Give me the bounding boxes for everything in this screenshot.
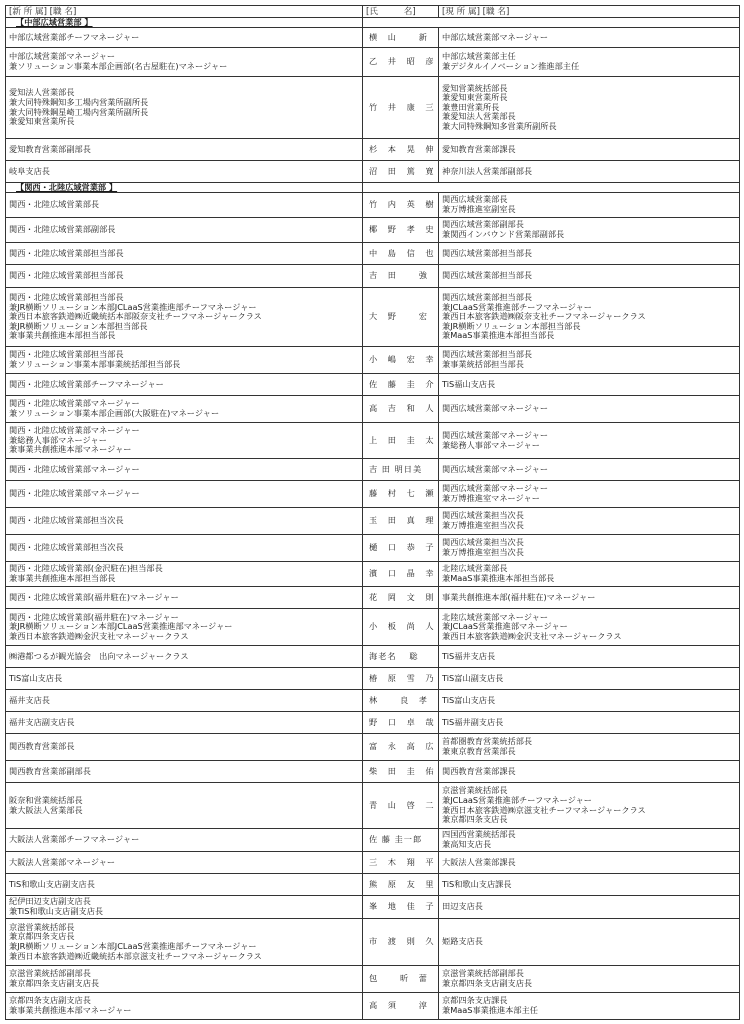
new-position-cell: 大阪法人営業部マネージャー (6, 852, 363, 874)
current-position-cell: 中部広域営業部マネージャー (439, 28, 740, 48)
new-position-cell: 関西・北陸広域営業部担当次長 (6, 508, 363, 535)
new-position-cell: 関西・北陸広域営業部マネージャー (6, 459, 363, 481)
current-position-cell: 関西広域営業部副部長 兼関西インバウンド営業部副部長 (439, 218, 740, 243)
new-position-cell: 関西・北陸広域営業部(金沢駐在)担当部長 兼事業共創推進本部担当部長 (6, 562, 363, 587)
new-position-cell: 関西・北陸広域営業部(福井駐在)マネージャー 兼JR横断ソリューション本部JCL… (6, 609, 363, 646)
new-position-cell: 中部広域営業部チーフマネージャー (6, 28, 363, 48)
table-row: 関西教育営業部長富 永 高 広首都圏教育営業統括部長 兼東京教育営業部長 (6, 734, 740, 761)
table-row: 関西・北陸広域営業部担当部長吉 田 強関西広域営業部担当部長 (6, 265, 740, 288)
table-row: ㈱港都つるが観光協会 出向マネージャークラス海老名 聡TiS福井支店長 (6, 646, 740, 668)
current-position-cell: 関西広域営業部マネージャー (439, 459, 740, 481)
person-name-cell: 市 渡 則 久 (363, 919, 439, 966)
new-position-cell: 阪奈和営業統括部長 兼大阪法人営業部長 (6, 783, 363, 829)
new-position-cell: 岐阜支店長 (6, 161, 363, 183)
table-row: 関西・北陸広域営業部マネージャー 兼ソリューション事業本部企画部(大阪駐在)マネ… (6, 396, 740, 423)
current-position-cell: TiS富山副支店長 (439, 668, 740, 690)
table-row: 関西・北陸広域営業部(金沢駐在)担当部長 兼事業共創推進本部担当部長濱 口 晶 … (6, 562, 740, 587)
person-name-cell: 柴 田 圭 佑 (363, 761, 439, 783)
table-row: 福井支店長林 良 孝TiS富山支店長 (6, 690, 740, 712)
new-position-cell: 関西・北陸広域営業部チーフマネージャー (6, 374, 363, 396)
table-row: 京都四条支店副支店長 兼事業共創推進本部マネージャー高 須 淳京都四条支店課長 … (6, 993, 740, 1020)
new-position-cell: 関西・北陸広域営業部担当部長 兼ソリューション事業本部事業統括部担当部長 (6, 347, 363, 374)
person-name-cell: 野 口 卓 哉 (363, 712, 439, 734)
current-position-cell: 関西広域営業部担当部長 兼事業統括部担当部長 (439, 347, 740, 374)
new-position-cell: 関西教育営業部長 (6, 734, 363, 761)
current-position-cell: TiS福山支店長 (439, 374, 740, 396)
section-title-cell: 【中部広域営業部 】 (6, 18, 363, 28)
current-position-cell: 京都四条支店課長 兼MaaS事業推進本部主任 (439, 993, 740, 1020)
current-position-cell: 関西広域営業部マネージャー 兼総務人事部マネージャー (439, 423, 740, 459)
person-name-cell: 小 板 尚 人 (363, 609, 439, 646)
person-name-cell: 沼 田 篤 寛 (363, 161, 439, 183)
current-position-cell: 愛知営業統括部長 兼愛知東営業所長 兼豊田営業所長 兼愛知法人営業部長 兼大同特… (439, 77, 740, 139)
current-position-cell: 田辺支店長 (439, 896, 740, 919)
table-row: 中部広域営業部マネージャー 兼ソリューション事業本部企画部(名古屋駐在)マネージ… (6, 48, 740, 77)
table-row: 関西・北陸広域営業部チーフマネージャー佐 藤 圭 介TiS福山支店長 (6, 374, 740, 396)
new-position-cell: 関西・北陸広域営業部担当部長 兼JR横断ソリューション本部JCLaaS営業推進部… (6, 288, 363, 347)
current-position-cell: 京滋営業統括部長 兼JCLaaS営業推進部チーフマネージャー 兼西日本旅客鉄道㈱… (439, 783, 740, 829)
new-position-cell: 福井支店長 (6, 690, 363, 712)
table-row: 関西・北陸広域営業部(福井駐在)マネージャー花 岡 文 則事業共創推進本部(福井… (6, 587, 740, 609)
new-position-cell: 大阪法人営業部チーフマネージャー (6, 829, 363, 852)
current-position-cell: 愛知教育営業部課長 (439, 139, 740, 161)
current-position-cell: 京滋営業統括部副部長 兼京都四条支店副支店長 (439, 966, 740, 993)
current-position-cell: 事業共創推進本部(福井駐在)マネージャー (439, 587, 740, 609)
person-name-cell: 富 永 高 広 (363, 734, 439, 761)
person-name-cell: 大 野 宏 (363, 288, 439, 347)
header-row: [新 所 属] [職 名] [氏 名] [現 所 属] [職 名] (6, 6, 740, 18)
table-row: 関西・北陸広域営業部副部長椰 野 孝 史関西広域営業部副部長 兼関西インバウンド… (6, 218, 740, 243)
table-row: 関西・北陸広域営業部長竹 内 英 樹関西広域営業部長 兼万博推進室副室長 (6, 193, 740, 218)
table-row: 岐阜支店長沼 田 篤 寛神奈川法人営業部副部長 (6, 161, 740, 183)
section-title-cell: 【関西・北陸広域営業部 】 (6, 183, 363, 193)
section-empty-cell (363, 18, 740, 28)
section-title: 【中部広域営業部 】 (16, 18, 93, 28)
person-name-cell: 乙 井 昭 彦 (363, 48, 439, 77)
person-name-cell: 花 岡 文 則 (363, 587, 439, 609)
current-position-cell: 四国西営業統括部長 兼高知支店長 (439, 829, 740, 852)
current-position-cell: 関西広域営業担当次長 兼万博推進室担当次長 (439, 508, 740, 535)
current-position-cell: 関西教育営業部課長 (439, 761, 740, 783)
person-name-cell: 小 嶋 宏 幸 (363, 347, 439, 374)
new-position-cell: 関西・北陸広域営業部担当部長 (6, 243, 363, 265)
section-empty-cell (363, 183, 740, 193)
person-name-cell: 椰 野 孝 史 (363, 218, 439, 243)
table-row: 大阪法人営業部チーフマネージャー佐 藤 圭一郎四国西営業統括部長 兼高知支店長 (6, 829, 740, 852)
table-row: 紀伊田辺支店副支店長 兼TiS和歌山支店副支店長峯 地 佳 子田辺支店長 (6, 896, 740, 919)
new-position-cell: TiS和歌山支店副支店長 (6, 874, 363, 896)
person-name-cell: 中 島 信 也 (363, 243, 439, 265)
person-name-cell: 三 木 翔 平 (363, 852, 439, 874)
personnel-roster-table: [新 所 属] [職 名] [氏 名] [現 所 属] [職 名] 【中部広域営… (5, 5, 740, 1020)
current-position-cell: 関西広域営業部担当部長 兼JCLaaS営業推進部チーフマネージャー 兼西日本旅客… (439, 288, 740, 347)
person-name-cell: 樋 口 恭 子 (363, 535, 439, 562)
table-row: 阪奈和営業統括部長 兼大阪法人営業部長青 山 啓 二京滋営業統括部長 兼JCLa… (6, 783, 740, 829)
table-row: 福井支店副支店長野 口 卓 哉TiS福井副支店長 (6, 712, 740, 734)
person-name-cell: 青 山 啓 二 (363, 783, 439, 829)
person-name-cell: 佐 藤 圭 介 (363, 374, 439, 396)
new-position-cell: 京都四条支店副支店長 兼事業共創推進本部マネージャー (6, 993, 363, 1020)
table-row: TiS富山支店長椿 原 雪 乃TiS富山副支店長 (6, 668, 740, 690)
person-name-cell: 林 良 孝 (363, 690, 439, 712)
header-new-position: [新 所 属] [職 名] (6, 6, 363, 18)
new-position-cell: 関西・北陸広域営業部長 (6, 193, 363, 218)
table-row: 関西・北陸広域営業部マネージャー藤 村 七 瀬関西広域営業部マネージャー 兼万博… (6, 481, 740, 508)
new-position-cell: 関西・北陸広域営業部マネージャー 兼ソリューション事業本部企画部(大阪駐在)マネ… (6, 396, 363, 423)
table-row: 京滋営業統括部副部長 兼京都四条支店副支店長包 昕 蕾京滋営業統括部副部長 兼京… (6, 966, 740, 993)
current-position-cell: 首都圏教育営業統括部長 兼東京教育営業部長 (439, 734, 740, 761)
table-row: 京滋営業統括部長 兼京都四条支店長 兼JR横断ソリューション本部JCLaaS営業… (6, 919, 740, 966)
current-position-cell: 関西広域営業部長 兼万博推進室副室長 (439, 193, 740, 218)
person-name-cell: 高 須 淳 (363, 993, 439, 1020)
person-name-cell: 竹 内 英 樹 (363, 193, 439, 218)
person-name-cell: 吉 田 明日美 (363, 459, 439, 481)
current-position-cell: 関西広域営業部マネージャー 兼万博推進室マネージャー (439, 481, 740, 508)
person-name-cell: 玉 田 真 理 (363, 508, 439, 535)
new-position-cell: TiS富山支店長 (6, 668, 363, 690)
new-position-cell: 関西教育営業部副部長 (6, 761, 363, 783)
table-row: 関西・北陸広域営業部担当次長樋 口 恭 子関西広域営業担当次長 兼万博推進室担当… (6, 535, 740, 562)
new-position-cell: 中部広域営業部マネージャー 兼ソリューション事業本部企画部(名古屋駐在)マネージ… (6, 48, 363, 77)
header-current-position: [現 所 属] [職 名] (439, 6, 740, 18)
current-position-cell: 中部広域営業部主任 兼デジタルイノベーション推進部主任 (439, 48, 740, 77)
person-name-cell: 高 吉 和 人 (363, 396, 439, 423)
current-position-cell: TiS和歌山支店課長 (439, 874, 740, 896)
person-name-cell: 杉 本 晃 伸 (363, 139, 439, 161)
current-position-cell: 神奈川法人営業部副部長 (439, 161, 740, 183)
section-header-row: 【中部広域営業部 】 (6, 18, 740, 28)
table-row: 愛知教育営業部副部長杉 本 晃 伸愛知教育営業部課長 (6, 139, 740, 161)
current-position-cell: 関西広域営業部担当部長 (439, 265, 740, 288)
person-name-cell: 熊 原 友 里 (363, 874, 439, 896)
current-position-cell: TiS福井副支店長 (439, 712, 740, 734)
header-name: [氏 名] (363, 6, 439, 18)
person-name-cell: 横 山 新 (363, 28, 439, 48)
table-row: 関西・北陸広域営業部担当部長中 島 信 也関西広域営業部担当部長 (6, 243, 740, 265)
current-position-cell: 姫路支店長 (439, 919, 740, 966)
section-title: 【関西・北陸広域営業部 】 (16, 183, 117, 193)
table-row: 愛知法人営業部長 兼大同特殊鋼知多工場内営業所副所長 兼大同特殊鋼星崎工場内営業… (6, 77, 740, 139)
new-position-cell: 関西・北陸広域営業部担当部長 (6, 265, 363, 288)
table-row: 関西・北陸広域営業部(福井駐在)マネージャー 兼JR横断ソリューション本部JCL… (6, 609, 740, 646)
new-position-cell: 京滋営業統括部長 兼京都四条支店長 兼JR横断ソリューション本部JCLaaS営業… (6, 919, 363, 966)
new-position-cell: ㈱港都つるが観光協会 出向マネージャークラス (6, 646, 363, 668)
person-name-cell: 藤 村 七 瀬 (363, 481, 439, 508)
new-position-cell: 京滋営業統括部副部長 兼京都四条支店副支店長 (6, 966, 363, 993)
table-row: 大阪法人営業部マネージャー三 木 翔 平大阪法人営業部課長 (6, 852, 740, 874)
new-position-cell: 愛知法人営業部長 兼大同特殊鋼知多工場内営業所副所長 兼大同特殊鋼星崎工場内営業… (6, 77, 363, 139)
person-name-cell: 包 昕 蕾 (363, 966, 439, 993)
current-position-cell: 関西広域営業部担当部長 (439, 243, 740, 265)
person-name-cell: 椿 原 雪 乃 (363, 668, 439, 690)
current-position-cell: 北陸広域営業部マネージャー 兼JCLaaS営業推進部マネージャー 兼西日本旅客鉄… (439, 609, 740, 646)
current-position-cell: 関西広域営業担当次長 兼万博推進室担当次長 (439, 535, 740, 562)
table-row: 中部広域営業部チーフマネージャー横 山 新中部広域営業部マネージャー (6, 28, 740, 48)
section-header-row: 【関西・北陸広域営業部 】 (6, 183, 740, 193)
person-name-cell: 吉 田 強 (363, 265, 439, 288)
table-row: 関西・北陸広域営業部マネージャー吉 田 明日美関西広域営業部マネージャー (6, 459, 740, 481)
table-row: 関西教育営業部副部長柴 田 圭 佑関西教育営業部課長 (6, 761, 740, 783)
person-name-cell: 佐 藤 圭一郎 (363, 829, 439, 852)
table-row: 関西・北陸広域営業部マネージャー 兼総務人事部マネージャー 兼事業共創推進本部マ… (6, 423, 740, 459)
new-position-cell: 関西・北陸広域営業部(福井駐在)マネージャー (6, 587, 363, 609)
person-name-cell: 海老名 聡 (363, 646, 439, 668)
new-position-cell: 関西・北陸広域営業部マネージャー 兼総務人事部マネージャー 兼事業共創推進本部マ… (6, 423, 363, 459)
roster-body: [新 所 属] [職 名] [氏 名] [現 所 属] [職 名] 【中部広域営… (6, 6, 740, 1020)
table-row: 関西・北陸広域営業部担当部長 兼ソリューション事業本部事業統括部担当部長小 嶋 … (6, 347, 740, 374)
new-position-cell: 関西・北陸広域営業部マネージャー (6, 481, 363, 508)
new-position-cell: 紀伊田辺支店副支店長 兼TiS和歌山支店副支店長 (6, 896, 363, 919)
person-name-cell: 峯 地 佳 子 (363, 896, 439, 919)
person-name-cell: 竹 井 康 三 (363, 77, 439, 139)
current-position-cell: 大阪法人営業部課長 (439, 852, 740, 874)
new-position-cell: 愛知教育営業部副部長 (6, 139, 363, 161)
table-row: 関西・北陸広域営業部担当次長玉 田 真 理関西広域営業担当次長 兼万博推進室担当… (6, 508, 740, 535)
current-position-cell: TiS富山支店長 (439, 690, 740, 712)
person-name-cell: 濱 口 晶 幸 (363, 562, 439, 587)
current-position-cell: 北陸広域営業部長 兼MaaS事業推進本部担当部長 (439, 562, 740, 587)
new-position-cell: 関西・北陸広域営業部担当次長 (6, 535, 363, 562)
table-row: TiS和歌山支店副支店長熊 原 友 里TiS和歌山支店課長 (6, 874, 740, 896)
person-name-cell: 上 田 圭 太 (363, 423, 439, 459)
table-row: 関西・北陸広域営業部担当部長 兼JR横断ソリューション本部JCLaaS営業推進部… (6, 288, 740, 347)
new-position-cell: 福井支店副支店長 (6, 712, 363, 734)
current-position-cell: 関西広域営業部マネージャー (439, 396, 740, 423)
new-position-cell: 関西・北陸広域営業部副部長 (6, 218, 363, 243)
current-position-cell: TiS福井支店長 (439, 646, 740, 668)
